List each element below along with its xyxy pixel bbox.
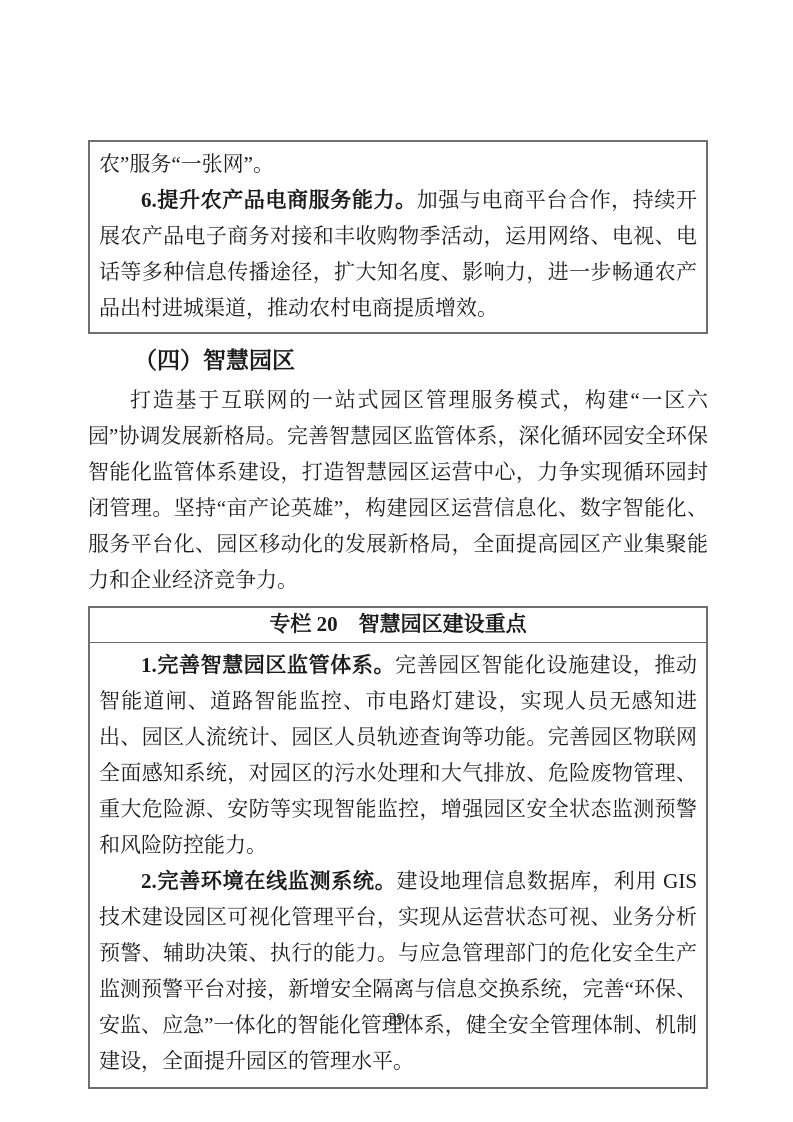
column-item-1-lead: 1.完善智慧园区监管体系。 [141, 653, 395, 677]
ecommerce-item-lead: 6.提升农产品电商服务能力。 [141, 188, 417, 212]
column-item-2-body: 建设地理信息数据库，利用 GIS 技术建设园区可视化管理平台，实现从运营状态可视… [99, 869, 697, 1073]
document-page: 农”服务“一张网”。 6.提升农产品电商服务能力。加强与电商平台合作，持续开展农… [0, 0, 793, 1122]
column-item-1-body: 完善园区智能化设施建设，推动智能道闸、道路智能监控、市电路灯建设，实现人员无感知… [99, 653, 697, 857]
section-heading: （四）智慧园区 [88, 344, 708, 378]
continuation-line-text: 农”服务“一张网”。 [99, 152, 274, 176]
column-item-1: 1.完善智慧园区监管体系。完善园区智能化设施建设，推动智能道闸、道路智能监控、市… [99, 647, 697, 863]
section-paragraph: 打造基于互联网的一站式园区管理服务模式，构建“一区六园”协调发展新格局。完善智慧… [88, 382, 708, 598]
column-20-title: 专栏 20 智慧园区建设重点 [90, 608, 706, 643]
page-content: 农”服务“一张网”。 6.提升农产品电商服务能力。加强与电商平台合作，持续开展农… [88, 140, 708, 1089]
ecommerce-item-paragraph: 6.提升农产品电商服务能力。加强与电商平台合作，持续开展农产品电子商务对接和丰收… [99, 182, 697, 326]
continuation-text-box: 农”服务“一张网”。 6.提升农产品电商服务能力。加强与电商平台合作，持续开展农… [88, 140, 708, 334]
column-item-2: 2.完善环境在线监测系统。建设地理信息数据库，利用 GIS 技术建设园区可视化管… [99, 863, 697, 1079]
page-number: 39 [0, 1008, 793, 1030]
column-item-2-lead: 2.完善环境在线监测系统。 [141, 869, 396, 893]
continuation-line: 农”服务“一张网”。 [99, 146, 697, 182]
